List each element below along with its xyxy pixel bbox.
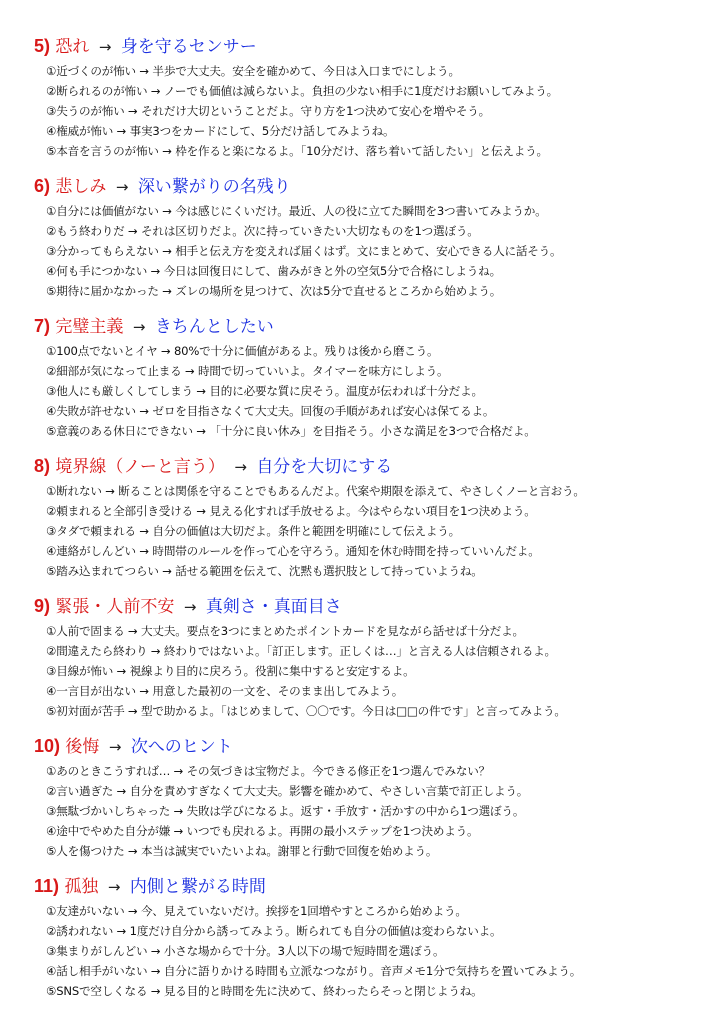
list-item: ③分かってもらえない → 相手と伝え方を変えれば届くはず。文にまとめて、安心でき… bbox=[46, 241, 714, 261]
list-item: ④途中でやめた自分が嫌 → いつでも戻れるよ。再開の最小ステップを1つ決めよう。 bbox=[46, 821, 714, 841]
section-number: 10) bbox=[34, 736, 60, 756]
list-item: ①人前で固まる → 大丈夫。要点を3つにまとめたポイントカードを見ながら話せば十… bbox=[46, 621, 714, 641]
arrow-icon: → bbox=[109, 738, 122, 756]
emotion-label: 緊張・人前不安 bbox=[55, 597, 174, 617]
reframe-label: 身を守るセンサー bbox=[121, 37, 257, 57]
section-boundaries: 8) 境界線（ノーと言う） → 自分を大切にする ①断れない → 断ることは関係… bbox=[34, 453, 714, 581]
section-sadness: 6) 悲しみ → 深い繋がりの名残り ①自分には価値がない → 今は感じにくいだ… bbox=[34, 173, 714, 301]
arrow-icon: → bbox=[234, 458, 247, 476]
section-heading: 9) 緊張・人前不安 → 真剣さ・真面目さ bbox=[34, 593, 714, 619]
list-item: ⑤人を傷つけた → 本当は誠実でいたいよね。謝罪と行動で回復を始めよう。 bbox=[46, 841, 714, 861]
arrow-icon: → bbox=[116, 178, 129, 196]
section-heading: 11) 孤独 → 内側と繋がる時間 bbox=[34, 873, 714, 899]
list-item: ④一言目が出ない → 用意した最初の一文を、そのまま出してみよう。 bbox=[46, 681, 714, 701]
arrow-icon: → bbox=[108, 878, 121, 896]
section-number: 11) bbox=[34, 876, 59, 896]
section-loneliness: 11) 孤独 → 内側と繋がる時間 ①友達がいない → 今、見えていないだけ。挨… bbox=[34, 873, 714, 1001]
arrow-icon: → bbox=[133, 318, 146, 336]
item-list: ①友達がいない → 今、見えていないだけ。挨拶を1回増やすところから始めよう。 … bbox=[46, 901, 714, 1001]
item-list: ①人前で固まる → 大丈夫。要点を3つにまとめたポイントカードを見ながら話せば十… bbox=[46, 621, 714, 721]
section-number: 7) bbox=[34, 316, 50, 336]
list-item: ③集まりがしんどい → 小さな場からで十分。3人以下の場で短時間を選ぼう。 bbox=[46, 941, 714, 961]
section-regret: 10) 後悔 → 次へのヒント ①あのときこうすれば… → その気づきは宝物だよ… bbox=[34, 733, 714, 861]
list-item: ②もう終わりだ → それは区切りだよ。次に持っていきたい大切なものを1つ選ぼう。 bbox=[46, 221, 714, 241]
list-item: ②頼まれると全部引き受ける → 見える化すれば手放せるよ。今はやらない項目を1つ… bbox=[46, 501, 714, 521]
list-item: ⑤期待に届かなかった → ズレの場所を見つけて、次は5分で直せるところから始めよ… bbox=[46, 281, 714, 301]
emotion-label: 完璧主義 bbox=[55, 317, 123, 337]
list-item: ⑤踏み込まれてつらい → 話せる範囲を伝えて、沈黙も選択肢として持っていようね。 bbox=[46, 561, 714, 581]
list-item: ⑤本音を言うのが怖い → 枠を作ると楽になるよ。「10分だけ、落ち着いて話したい… bbox=[46, 141, 714, 161]
emotion-label: 境界線（ノーと言う） bbox=[55, 457, 225, 477]
item-list: ①あのときこうすれば… → その気づきは宝物だよ。今できる修正を1つ選んでみない… bbox=[46, 761, 714, 861]
list-item: ④連絡がしんどい → 時間帯のルールを作って心を守ろう。通知を休む時間を持ってい… bbox=[46, 541, 714, 561]
reframe-label: 次へのヒント bbox=[131, 737, 233, 757]
list-item: ⑤意義のある休日にできない → 「十分に良い休み」を目指そう。小さな満足を3つで… bbox=[46, 421, 714, 441]
list-item: ①100点でないとイヤ → 80%で十分に価値があるよ。残りは後から磨こう。 bbox=[46, 341, 714, 361]
section-number: 9) bbox=[34, 596, 50, 616]
list-item: ②細部が気になって止まる → 時間で切っていいよ。タイマーを味方にしよう。 bbox=[46, 361, 714, 381]
emotion-label: 悲しみ bbox=[55, 177, 106, 197]
section-number: 6) bbox=[34, 176, 50, 196]
list-item: ②誘われない → 1度だけ自分から誘ってみよう。断られても自分の価値は変わらない… bbox=[46, 921, 714, 941]
section-heading: 10) 後悔 → 次へのヒント bbox=[34, 733, 714, 759]
list-item: ③目線が怖い → 視線より目的に戻ろう。役割に集中すると安定するよ。 bbox=[46, 661, 714, 681]
list-item: ④権威が怖い → 事実3つをカードにして、5分だけ話してみようね。 bbox=[46, 121, 714, 141]
list-item: ④失敗が許せない → ゼロを目指さなくて大丈夫。回復の手順があれば安心は保てるよ… bbox=[46, 401, 714, 421]
reframe-label: 内側と繋がる時間 bbox=[130, 877, 266, 897]
section-fear: 5) 恐れ → 身を守るセンサー ①近づくのが怖い → 半歩で大丈夫。安全を確か… bbox=[34, 33, 714, 161]
section-heading: 6) 悲しみ → 深い繋がりの名残り bbox=[34, 173, 714, 199]
item-list: ①100点でないとイヤ → 80%で十分に価値があるよ。残りは後から磨こう。 ②… bbox=[46, 341, 714, 441]
item-list: ①断れない → 断ることは関係を守ることでもあるんだよ。代案や期限を添えて、やさ… bbox=[46, 481, 714, 581]
emotion-label: 孤独 bbox=[64, 877, 98, 897]
list-item: ③失うのが怖い → それだけ大切ということだよ。守り方を1つ決めて安心を増やそう… bbox=[46, 101, 714, 121]
section-number: 5) bbox=[34, 36, 50, 56]
reframe-label: 自分を大切にする bbox=[256, 457, 392, 477]
list-item: ③無駄づかいしちゃった → 失敗は学びになるよ。返す・手放す・活かすの中から1つ… bbox=[46, 801, 714, 821]
list-item: ④話し相手がいない → 自分に語りかける時間も立派なつながり。音声メモ1分で気持… bbox=[46, 961, 714, 981]
section-heading: 7) 完璧主義 → きちんとしたい bbox=[34, 313, 714, 339]
list-item: ①あのときこうすれば… → その気づきは宝物だよ。今できる修正を1つ選んでみない… bbox=[46, 761, 714, 781]
item-list: ①近づくのが怖い → 半歩で大丈夫。安全を確かめて、今日は入口までにしよう。 ②… bbox=[46, 61, 714, 161]
list-item: ⑤SNSで空しくなる → 見る目的と時間を先に決めて、終わったらそっと閉じようね… bbox=[46, 981, 714, 1001]
list-item: ②間違えたら終わり → 終わりではないよ。「訂正します。正しくは…」と言える人は… bbox=[46, 641, 714, 661]
reframe-label: 深い繋がりの名残り bbox=[138, 177, 291, 197]
section-heading: 5) 恐れ → 身を守るセンサー bbox=[34, 33, 714, 59]
section-perfectionism: 7) 完璧主義 → きちんとしたい ①100点でないとイヤ → 80%で十分に価… bbox=[34, 313, 714, 441]
reframe-label: きちんとしたい bbox=[155, 317, 274, 337]
list-item: ⑤初対面が苦手 → 型で助かるよ。「はじめまして、〇〇です。今日は□□の件です」… bbox=[46, 701, 714, 721]
list-item: ②言い過ぎた → 自分を責めすぎなくて大丈夫。影響を確かめて、やさしい言葉で訂正… bbox=[46, 781, 714, 801]
list-item: ①近づくのが怖い → 半歩で大丈夫。安全を確かめて、今日は入口までにしよう。 bbox=[46, 61, 714, 81]
list-item: ①断れない → 断ることは関係を守ることでもあるんだよ。代案や期限を添えて、やさ… bbox=[46, 481, 714, 501]
list-item: ④何も手につかない → 今日は回復日にして、歯みがきと外の空気5分で合格にしよう… bbox=[46, 261, 714, 281]
item-list: ①自分には価値がない → 今は感じにくいだけ。最近、人の役に立てた瞬間を3つ書い… bbox=[46, 201, 714, 301]
list-item: ③他人にも厳しくしてしまう → 目的に必要な質に戻そう。温度が伝われば十分だよ。 bbox=[46, 381, 714, 401]
emotion-label: 恐れ bbox=[55, 37, 89, 57]
section-number: 8) bbox=[34, 456, 50, 476]
emotion-label: 後悔 bbox=[65, 737, 99, 757]
section-heading: 8) 境界線（ノーと言う） → 自分を大切にする bbox=[34, 453, 714, 479]
list-item: ③タダで頼まれる → 自分の価値は大切だよ。条件と範囲を明確にして伝えよう。 bbox=[46, 521, 714, 541]
reframe-label: 真剣さ・真面目さ bbox=[206, 597, 342, 617]
list-item: ①自分には価値がない → 今は感じにくいだけ。最近、人の役に立てた瞬間を3つ書い… bbox=[46, 201, 714, 221]
section-nervousness: 9) 緊張・人前不安 → 真剣さ・真面目さ ①人前で固まる → 大丈夫。要点を3… bbox=[34, 593, 714, 721]
list-item: ②断られるのが怖い → ノーでも価値は減らないよ。負担の少ない相手に1度だけお願… bbox=[46, 81, 714, 101]
arrow-icon: → bbox=[184, 598, 197, 616]
document-page: 5) 恐れ → 身を守るセンサー ①近づくのが怖い → 半歩で大丈夫。安全を確か… bbox=[0, 0, 725, 1024]
arrow-icon: → bbox=[99, 38, 112, 56]
list-item: ①友達がいない → 今、見えていないだけ。挨拶を1回増やすところから始めよう。 bbox=[46, 901, 714, 921]
